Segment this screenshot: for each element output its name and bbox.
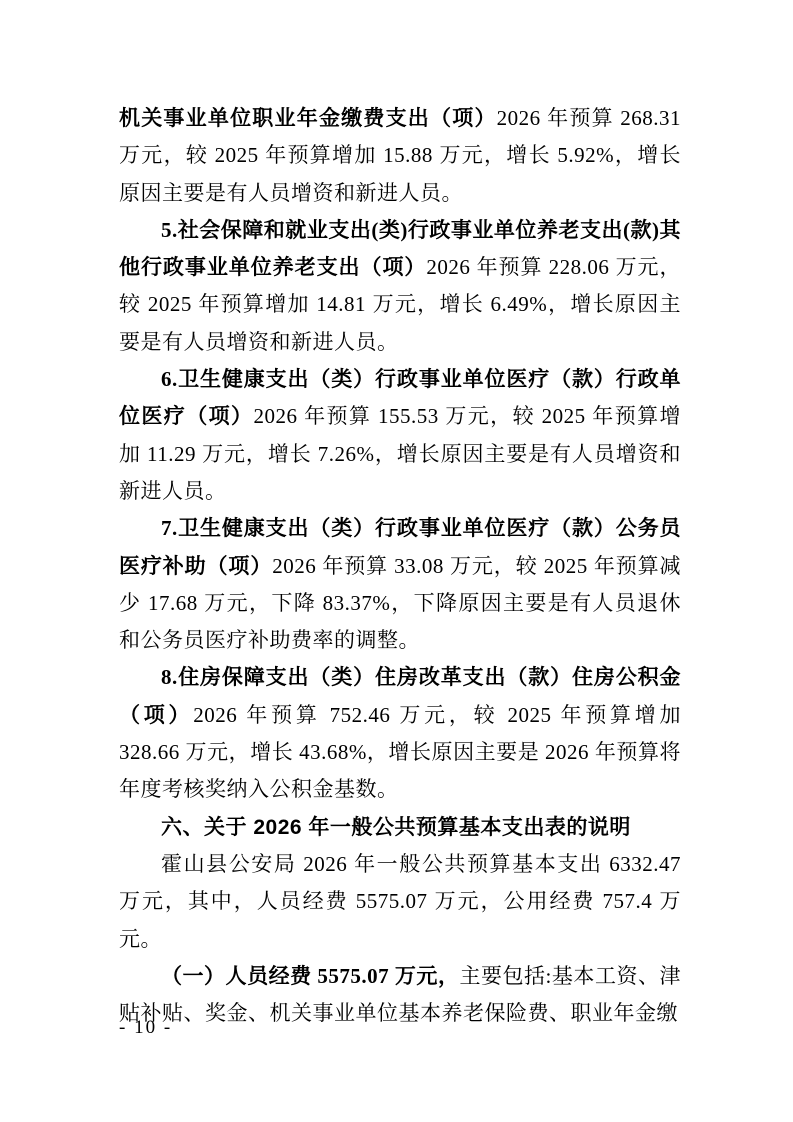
paragraph-item-5-social-security: 5.社会保障和就业支出(类)行政事业单位养老支出(款)其他行政事业单位养老支出（… [119,212,681,361]
page-number: - 10 - [119,1017,172,1038]
paragraph-body: 2026 年预算 752.46 万元，较 2025 年预算增加 328.66 万… [119,703,681,802]
paragraph-item-8-housing-fund: 8.住房保障支出（类）住房改革支出（款）住房公积金（项）2026 年预算 752… [119,659,681,808]
paragraph-lead: 机关事业单位职业年金缴费支出（项） [119,106,497,130]
section-heading-basic-expenditure: 六、关于 2026 年一般公共预算基本支出表的说明 [119,809,681,846]
paragraph-personnel-funds: （一）人员经费 5575.07 万元，主要包括:基本工资、津贴补贴、奖金、机关事… [119,958,681,1033]
page-footer: - 10 - [119,1014,172,1042]
paragraph-basic-expenditure-summary: 霍山县公安局 2026 年一般公共预算基本支出 6332.47 万元，其中，人员… [119,846,681,958]
paragraph-pension-contribution: 机关事业单位职业年金缴费支出（项）2026 年预算 268.31 万元，较 20… [119,100,681,212]
paragraph-item-7-health-civil-servant-medical: 7.卫生健康支出（类）行政事业单位医疗（款）公务员医疗补助（项）2026 年预算… [119,510,681,659]
text-block: 机关事业单位职业年金缴费支出（项）2026 年预算 268.31 万元，较 20… [119,100,681,1032]
paragraph-lead: （一）人员经费 5575.07 万元， [161,964,459,988]
paragraph-item-6-health-admin-medical: 6.卫生健康支出（类）行政事业单位医疗（款）行政单位医疗（项）2026 年预算 … [119,361,681,510]
document-page: 机关事业单位职业年金缴费支出（项）2026 年预算 268.31 万元，较 20… [0,0,793,1122]
